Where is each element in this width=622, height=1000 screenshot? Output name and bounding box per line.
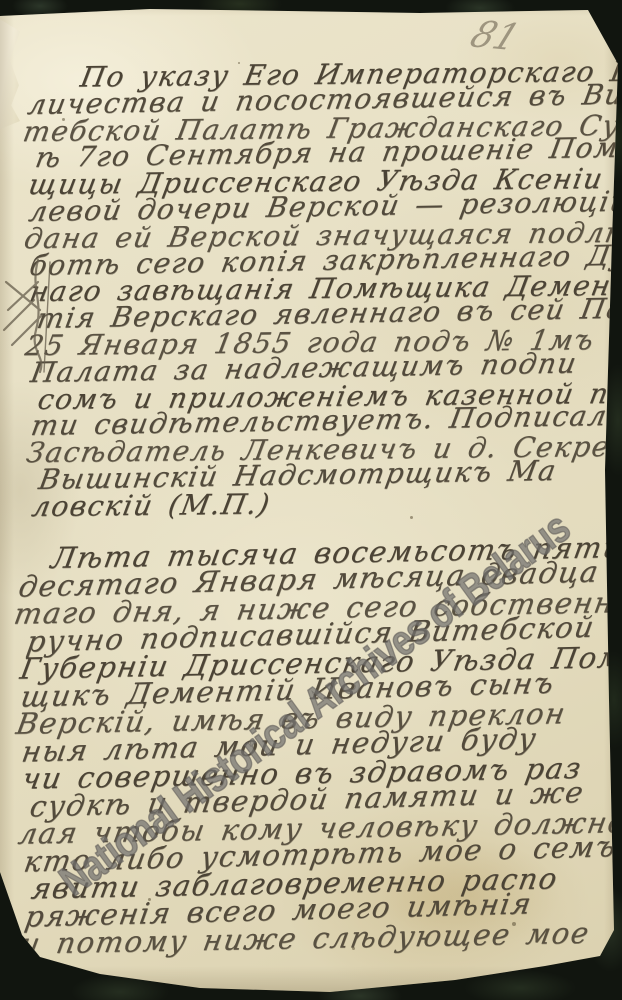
margin-scribble bbox=[0, 252, 70, 382]
torn-edge bbox=[0, 18, 20, 130]
ink-speck bbox=[238, 62, 240, 64]
manuscript-line: ловскій (М.П.) bbox=[30, 488, 613, 521]
ink-speck bbox=[410, 516, 413, 519]
ink-speck bbox=[512, 922, 516, 926]
scan-backdrop: { "page": { "page_number": "81", "waterm… bbox=[0, 0, 622, 1000]
manuscript-paragraph-2: Лѣта тысяча восемьсотъ пятьдесятаго Янва… bbox=[18, 534, 612, 958]
manuscript-line: и потому ниже слѣдующее мое bbox=[18, 919, 614, 958]
manuscript-page: 81 По указу Его Императорскаго Величеств… bbox=[0, 0, 622, 1000]
ink-speck bbox=[352, 947, 355, 950]
ink-speck bbox=[62, 118, 65, 121]
manuscript-paragraph-1: По указу Его Императорскаго Величества и… bbox=[28, 59, 611, 521]
ink-speck bbox=[148, 898, 151, 901]
page-number-pencil: 81 bbox=[464, 14, 525, 59]
